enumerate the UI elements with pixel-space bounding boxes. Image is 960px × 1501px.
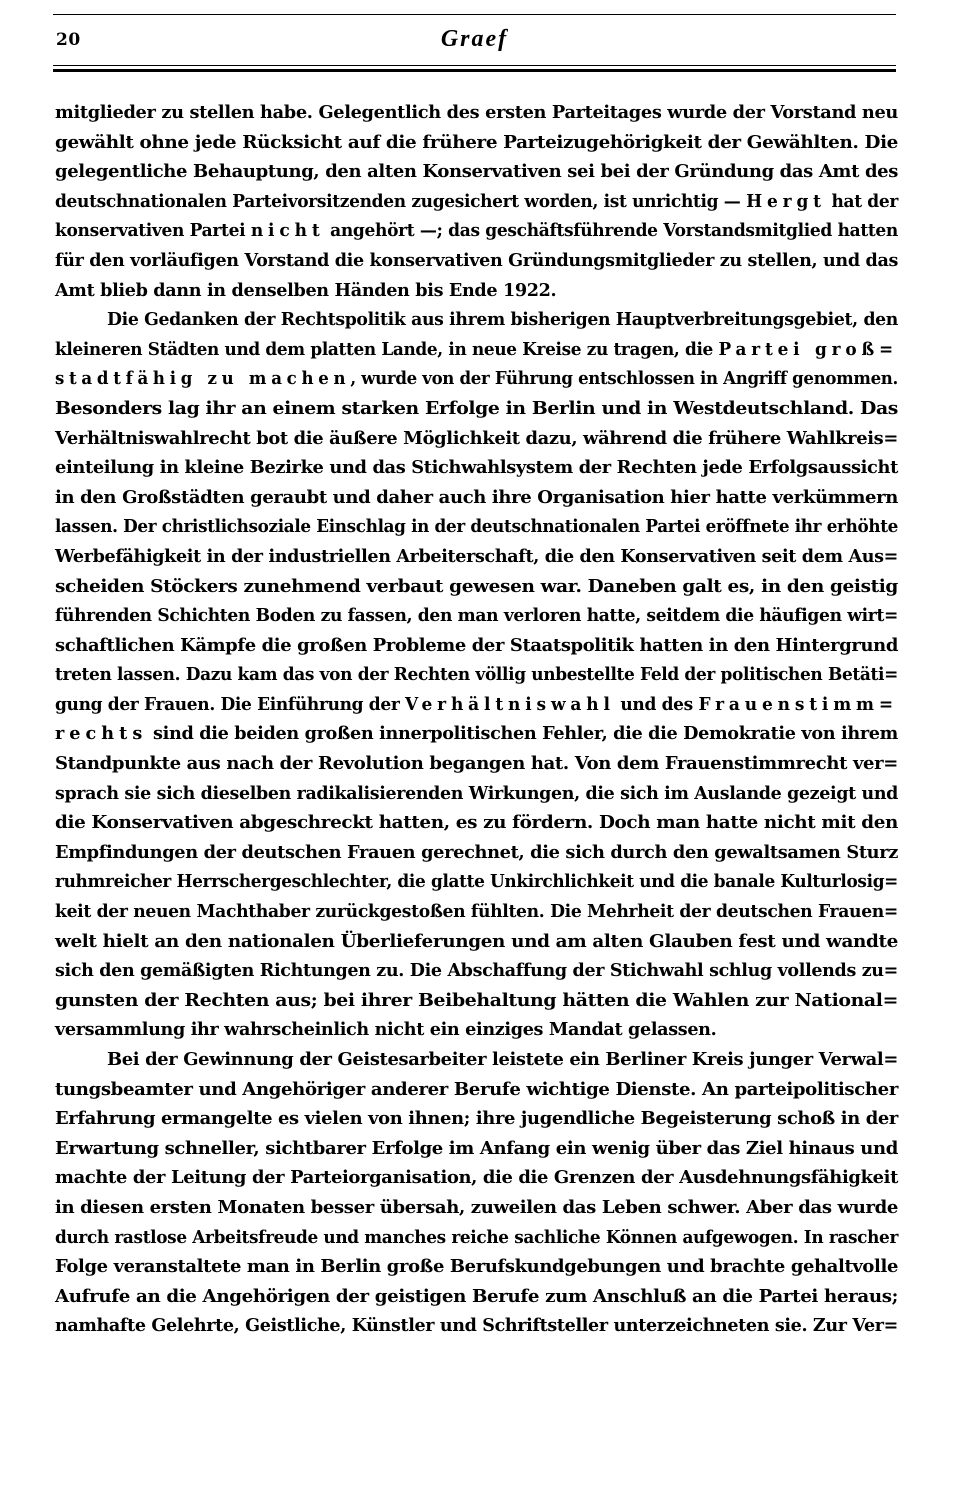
text-segment: führenden Schichten Boden zu fassen, den…: [55, 605, 898, 626]
text-segment: Bei der Gewinnung der Geistesarbeiter le…: [107, 1049, 898, 1070]
text-segment: gewählt ohne jede Rücksicht auf die früh…: [55, 132, 898, 153]
header-bottom-rule-thick: [53, 69, 896, 72]
text-segment: versammlung ihr wahrscheinlich nicht ein…: [55, 1019, 716, 1040]
text-line: sprach sie sich dieselben radikalisieren…: [55, 779, 898, 809]
text-line: treten lassen. Dazu kam das von der Rech…: [55, 660, 898, 690]
text-segment: Standpunkte aus nach der Revolution bega…: [55, 753, 898, 774]
text-segment: in den Großstädten geraubt und daher auc…: [55, 487, 898, 508]
text-segment: und des: [615, 694, 699, 715]
text-line: Verhältniswahlrecht bot die äußere Mögli…: [55, 424, 898, 454]
text-line: keit der neuen Machthaber zurückgestoßen…: [55, 897, 898, 927]
text-line: in den Großstädten geraubt und daher auc…: [55, 483, 898, 513]
emphasized-text: Frauenstimm=: [698, 694, 898, 715]
text-segment: keit der neuen Machthaber zurückgestoßen…: [55, 901, 898, 922]
text-line: die Konservativen abgeschreckt hatten, e…: [55, 808, 898, 838]
text-segment: Werbefähigkeit in der industriellen Arbe…: [55, 546, 898, 567]
text-line: durch rastlose Arbeitsfreude und manches…: [55, 1223, 898, 1253]
text-line: schaftlichen Kämpfe die großen Probleme …: [55, 631, 898, 661]
text-line: Bei der Gewinnung der Geistesarbeiter le…: [55, 1045, 898, 1075]
text-segment: namhafte Gelehrte, Geistliche, Künstler …: [55, 1315, 898, 1336]
header-bottom-rule-thin: [53, 65, 896, 66]
text-segment: konservativen Partei: [55, 220, 251, 241]
text-line: gung der Frauen. Die Einführung der Verh…: [55, 690, 898, 720]
emphasized-text: stadtfähig zu machen: [55, 368, 350, 389]
text-line: Erfahrung ermangelte es vielen von ihnen…: [55, 1104, 898, 1134]
text-line: tungsbeamter und Angehöriger anderer Ber…: [55, 1075, 898, 1105]
text-segment: sind die beiden großen innerpolitischen …: [147, 723, 898, 744]
text-line: Besonders lag ihr an einem starken Erfol…: [55, 394, 898, 424]
text-segment: Erwartung schneller, sichtbarer Erfolge …: [55, 1138, 898, 1159]
header-top-rule: [53, 14, 896, 15]
text-line: kleineren Städten und dem platten Lande,…: [55, 335, 898, 365]
text-segment: hat der: [826, 191, 898, 212]
text-line: ruhmreicher Herrschergeschlechter, die g…: [55, 867, 898, 897]
text-segment: Aufrufe an die Angehörigen der geistigen…: [55, 1286, 898, 1307]
text-segment: Die Gedanken der Rechtspolitik aus ihrem…: [107, 309, 898, 330]
text-line: Aufrufe an die Angehörigen der geistigen…: [55, 1282, 898, 1312]
text-segment: die Konservativen abgeschreckt hatten, e…: [55, 812, 898, 833]
text-segment: deutschnationalen Parteivorsitzenden zug…: [55, 191, 746, 212]
text-line: Die Gedanken der Rechtspolitik aus ihrem…: [55, 305, 898, 335]
text-segment: angehört —; das geschäftsführende Vorsta…: [325, 220, 898, 241]
text-segment: machte der Leitung der Parteiorganisatio…: [55, 1167, 898, 1188]
text-line: Werbefähigkeit in der industriellen Arbe…: [55, 542, 898, 572]
text-segment: Besonders lag ihr an einem starken Erfol…: [55, 398, 898, 419]
text-segment: welt hielt an den nationalen Überlieferu…: [55, 931, 898, 952]
text-segment: gung der Frauen. Die Einführung der: [55, 694, 405, 715]
text-line: deutschnationalen Parteivorsitzenden zug…: [55, 187, 898, 217]
text-line: machte der Leitung der Parteiorganisatio…: [55, 1163, 898, 1193]
text-segment: mitglieder zu stellen habe. Gelegentlich…: [55, 102, 898, 123]
text-segment: ruhmreicher Herrschergeschlechter, die g…: [55, 871, 898, 892]
text-line: für den vorläufigen Vorstand die konserv…: [55, 246, 898, 276]
text-line: Empfindungen der deutschen Frauen gerech…: [55, 838, 898, 868]
text-line: stadtfähig zu machen, wurde von der Führ…: [55, 364, 898, 394]
text-line: sich den gemäßigten Richtungen zu. Die A…: [55, 956, 898, 986]
text-segment: scheiden Stöckers zunehmend verbaut gewe…: [55, 576, 898, 597]
page-header: 20 Graef: [53, 26, 896, 56]
text-segment: einteilung in kleine Bezirke und das Sti…: [55, 457, 898, 478]
text-line: Standpunkte aus nach der Revolution bega…: [55, 749, 898, 779]
text-segment: durch rastlose Arbeitsfreude und manches…: [55, 1227, 898, 1248]
text-segment: Amt blieb dann in denselben Händen bis E…: [55, 280, 556, 301]
text-segment: gunsten der Rechten aus; bei ihrer Beibe…: [55, 990, 898, 1011]
text-line: welt hielt an den nationalen Überlieferu…: [55, 927, 898, 957]
text-segment: Empfindungen der deutschen Frauen gerech…: [55, 842, 898, 863]
text-segment: kleineren Städten und dem platten Lande,…: [55, 339, 719, 360]
text-line: gunsten der Rechten aus; bei ihrer Beibe…: [55, 986, 898, 1016]
text-line: namhafte Gelehrte, Geistliche, Künstler …: [55, 1311, 898, 1341]
text-segment: in diesen ersten Monaten besser übersah,…: [55, 1197, 898, 1218]
text-segment: tungsbeamter und Angehöriger anderer Ber…: [55, 1079, 898, 1100]
text-segment: für den vorläufigen Vorstand die konserv…: [55, 250, 898, 271]
emphasized-text: Verhältniswahl: [405, 694, 615, 715]
text-line: einteilung in kleine Bezirke und das Sti…: [55, 453, 898, 483]
text-line: konservativen Partei nicht angehört —; d…: [55, 216, 898, 246]
text-segment: Folge veranstaltete man in Berlin große …: [55, 1256, 898, 1277]
text-line: scheiden Stöckers zunehmend verbaut gewe…: [55, 572, 898, 602]
text-line: Folge veranstaltete man in Berlin große …: [55, 1252, 898, 1282]
text-line: lassen. Der christlichsoziale Einschlag …: [55, 512, 898, 542]
text-segment: , wurde von der Führung entschlossen in …: [350, 368, 898, 389]
text-segment: schaftlichen Kämpfe die großen Probleme …: [55, 635, 898, 656]
book-page: 20 Graef mitglieder zu stellen habe. Gel…: [0, 0, 960, 1501]
text-segment: sprach sie sich dieselben radikalisieren…: [55, 783, 898, 804]
text-line: rechts sind die beiden großen innerpolit…: [55, 719, 898, 749]
text-segment: treten lassen. Dazu kam das von der Rech…: [55, 664, 898, 685]
text-line: führenden Schichten Boden zu fassen, den…: [55, 601, 898, 631]
emphasized-text: rechts: [55, 723, 147, 744]
running-head: Graef: [53, 26, 896, 53]
text-segment: Erfahrung ermangelte es vielen von ihnen…: [55, 1108, 898, 1129]
text-line: versammlung ihr wahrscheinlich nicht ein…: [55, 1015, 898, 1045]
text-segment: sich den gemäßigten Richtungen zu. Die A…: [55, 960, 898, 981]
text-line: in diesen ersten Monaten besser übersah,…: [55, 1193, 898, 1223]
emphasized-text: Hergt: [746, 191, 826, 212]
text-segment: Verhältniswahlrecht bot die äußere Mögli…: [55, 428, 898, 449]
emphasized-text: Partei groß=: [719, 339, 898, 360]
text-line: gelegentliche Behauptung, den alten Kons…: [55, 157, 898, 187]
text-segment: gelegentliche Behauptung, den alten Kons…: [55, 161, 898, 182]
text-line: Erwartung schneller, sichtbarer Erfolge …: [55, 1134, 898, 1164]
emphasized-text: nicht: [251, 220, 325, 241]
text-line: gewählt ohne jede Rücksicht auf die früh…: [55, 128, 898, 158]
text-segment: lassen. Der christlichsoziale Einschlag …: [55, 516, 898, 537]
text-line: Amt blieb dann in denselben Händen bis E…: [55, 276, 898, 306]
text-line: mitglieder zu stellen habe. Gelegentlich…: [55, 98, 898, 128]
body-text: mitglieder zu stellen habe. Gelegentlich…: [55, 98, 898, 1341]
